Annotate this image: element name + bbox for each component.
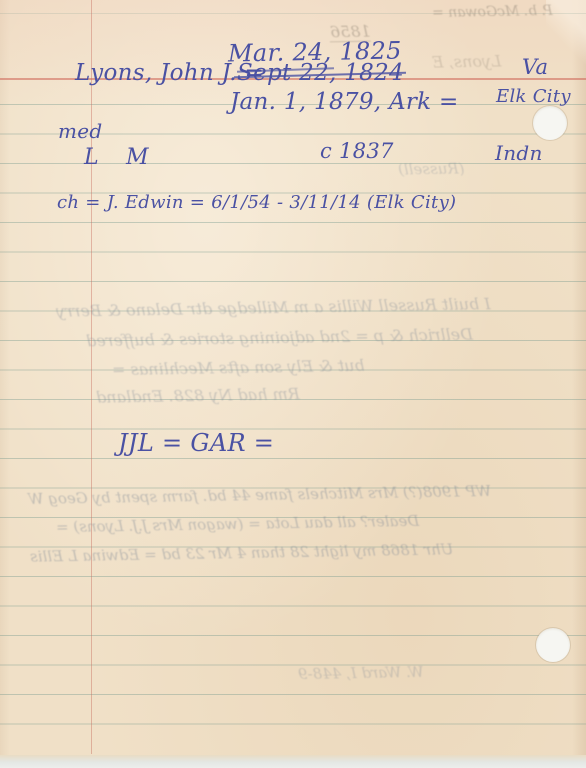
struck-birth-date: Sept 22, 1824 (237, 60, 404, 86)
birth-place: Va (522, 55, 548, 79)
bleed-through-line: W. Ward I, 448-9 (298, 663, 424, 683)
bleed-through-line: (Russell) (398, 159, 465, 178)
spouse-birth-year: c 1837 (320, 139, 394, 163)
spouse-birth-place: Indn (495, 141, 543, 165)
punch-hole (533, 106, 567, 140)
person-name: Lyons, John J. = (75, 60, 264, 86)
left-margin-line (91, 0, 92, 754)
death-place: Elk City (496, 86, 571, 107)
punch-hole (536, 628, 570, 662)
initial-left: L (84, 145, 99, 170)
child-line: ch = J. Edwin = 6/1/54 - 3/11/14 (Elk Ci… (57, 192, 456, 213)
married-label: med (58, 119, 103, 143)
death-date-line: Jan. 1, 1879, Ark = (230, 89, 459, 115)
organization-line: JJL = GAR = (118, 429, 274, 457)
bleed-through-line: Rm had Ny 828. Endland (96, 384, 300, 407)
paper-background: 1856 P. b. McGowan = Lyons, E (Russell) … (0, 0, 586, 768)
bleed-through-line: Lyons, E (432, 51, 502, 71)
scanned-document: 1856 P. b. McGowan = Lyons, E (Russell) … (0, 0, 586, 768)
scan-bottom-edge (0, 755, 586, 768)
bleed-through-line: P. b. McGowan = (432, 3, 553, 21)
initial-right: M (126, 145, 149, 170)
